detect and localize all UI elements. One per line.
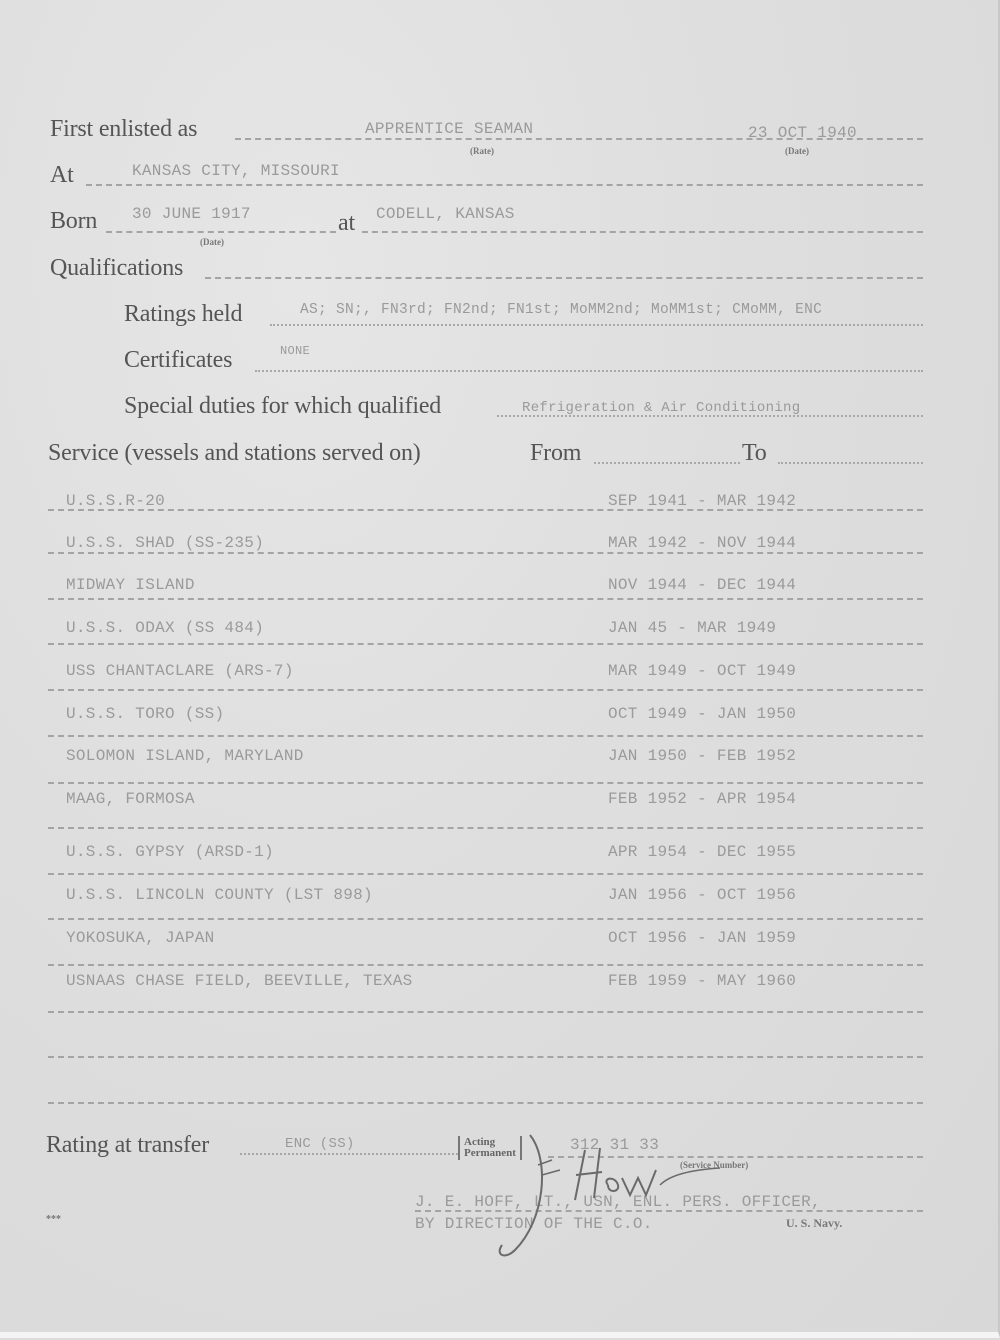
row-line [48,782,923,784]
born-label: Born [50,208,97,235]
qualifications-line [205,277,923,279]
special-duties-label: Special duties for which qualified [124,393,441,420]
service-period: OCT 1956 - JAN 1959 [608,929,796,947]
service-period: MAR 1942 - NOV 1944 [608,534,796,552]
service-record-page: First enlisted as APPRENTICE SEAMAN (Rat… [0,0,1000,1338]
rating-at-transfer-label: Rating at transfer [46,1132,209,1159]
at-line [86,184,923,186]
born-date-line [106,231,336,233]
from-line [594,462,740,464]
service-station: MIDWAY ISLAND [66,576,195,594]
born-at-label: at [338,210,355,237]
service-period: MAR 1949 - OCT 1949 [608,662,796,680]
service-period: JAN 1950 - FEB 1952 [608,747,796,765]
row-line [48,643,923,645]
service-station: SOLOMON ISLAND, MARYLAND [66,747,304,765]
enlisted-location: KANSAS CITY, MISSOURI [132,162,340,180]
service-period: JAN 1956 - OCT 1956 [608,886,796,904]
row-line [48,964,923,966]
service-period: FEB 1959 - MAY 1960 [608,972,796,990]
service-period: OCT 1949 - JAN 1950 [608,705,796,723]
first-enlisted-date: 23 OCT 1940 [748,124,857,142]
service-period: NOV 1944 - DEC 1944 [608,576,796,594]
row-line [48,873,923,875]
service-station: YOKOSUKA, JAPAN [66,929,215,947]
footnote-mark: *** [46,1214,61,1225]
rate-caption: (Rate) [470,146,494,156]
row-line [48,509,923,511]
ratings-held-label: Ratings held [124,301,242,328]
born-place-line [362,231,923,233]
service-label: Service (vessels and stations served on) [48,440,421,467]
service-station: MAAG, FORMOSA [66,790,195,808]
row-line [48,689,923,691]
ratings-held-line [270,324,923,326]
us-navy-caption: U. S. Navy. [786,1216,842,1231]
service-period: SEP 1941 - MAR 1942 [608,492,796,510]
row-line [48,1011,923,1013]
service-period: JAN 45 - MAR 1949 [608,619,776,637]
to-line [778,462,923,464]
first-enlisted-rate: APPRENTICE SEAMAN [365,120,533,138]
transfer-rating: ENC (SS) [285,1136,355,1152]
service-period: APR 1954 - DEC 1955 [608,843,796,861]
birth-place: CODELL, KANSAS [376,205,515,223]
service-station: U.S.S. TORO (SS) [66,705,224,723]
row-line [48,598,923,600]
certificates-line [255,370,923,372]
at-label: At [50,162,74,189]
first-enlisted-label: First enlisted as [50,116,197,143]
signature-icon [490,1130,730,1270]
qualifications-label: Qualifications [50,255,183,282]
row-line [48,918,923,920]
empty-row-line [48,1056,923,1058]
from-label: From [530,440,581,467]
service-station: USNAAS CHASE FIELD, BEEVILLE, TEXAS [66,972,413,990]
birth-date-caption: (Date) [200,237,224,247]
row-line [48,735,923,737]
enlisted-date-caption: (Date) [785,146,809,156]
ratings-held-value: AS; SN;, FN3rd; FN2nd; FN1st; MoMM2nd; M… [300,302,822,318]
service-period: FEB 1952 - APR 1954 [608,790,796,808]
service-station: U.S.S. SHAD (SS-235) [66,534,264,552]
row-line [48,552,923,554]
service-station: U.S.S.R-20 [66,492,165,510]
to-label: To [742,440,767,467]
certificates-label: Certificates [124,347,232,374]
row-line [48,827,923,829]
empty-row-line [48,1102,923,1104]
service-station: U.S.S. ODAX (SS 484) [66,619,264,637]
service-station: U.S.S. GYPSY (ARSD-1) [66,843,274,861]
service-station: U.S.S. LINCOLN COUNTY (LST 898) [66,886,373,904]
transfer-rating-line [240,1153,458,1155]
birth-date: 30 JUNE 1917 [132,205,251,223]
certificates-value: NONE [280,344,310,358]
service-station: USS CHANTACLARE (ARS-7) [66,662,294,680]
special-duties-value: Refrigeration & Air Conditioning [522,400,800,416]
